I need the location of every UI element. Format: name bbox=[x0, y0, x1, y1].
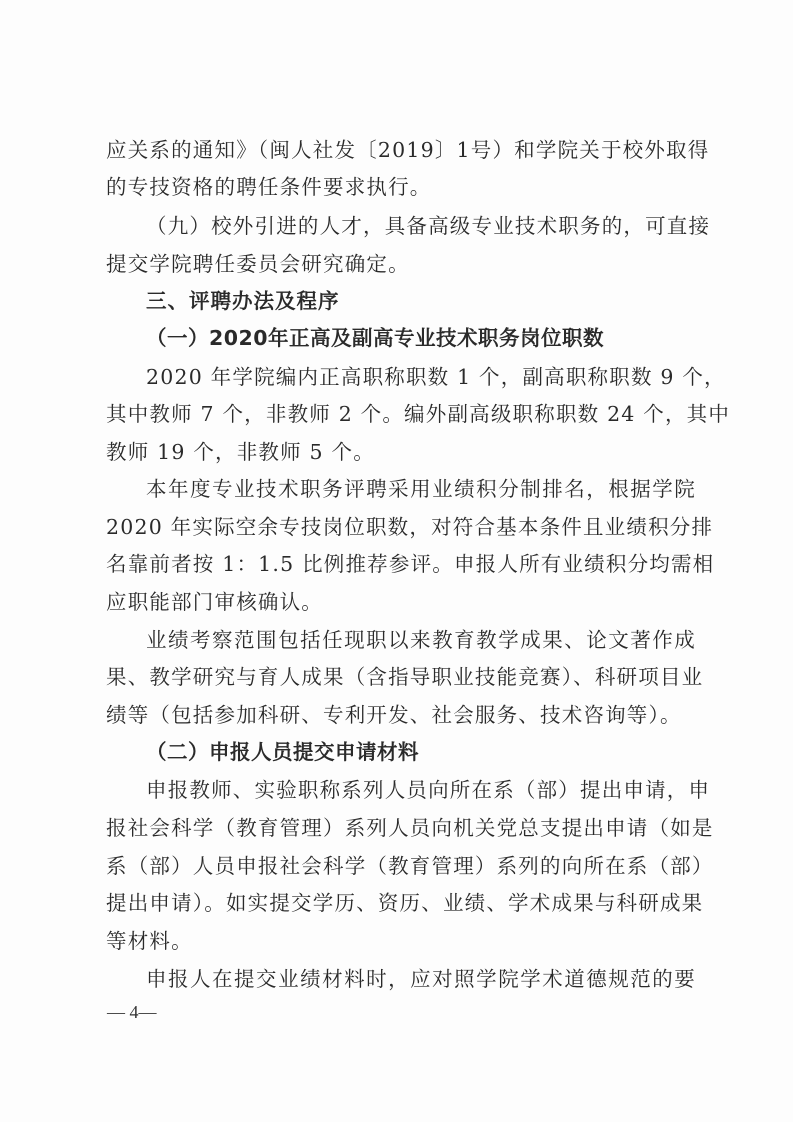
paragraph-line: 等材料。 bbox=[106, 926, 696, 956]
paragraph-line: 应关系的通知》（闽人社发〔2019〕1号）和学院关于校外取得 bbox=[106, 135, 696, 165]
paragraph-line: 其中教师 7 个，非教师 2 个。编外副高级职称职数 24 个，其中 bbox=[106, 399, 696, 429]
paragraph-line: 业绩考察范围包括任现职以来教育教学成果、论文著作成 bbox=[146, 625, 696, 655]
paragraph-line: 果、教学研究与育人成果（含指导职业技能竞赛）、科研项目业 bbox=[106, 662, 696, 692]
paragraph-line: （九）校外引进的人才，具备高级专业技术职务的，可直接 bbox=[146, 211, 696, 241]
paragraph-line: 提交学院聘任委员会研究确定。 bbox=[106, 249, 696, 279]
paragraph-line: 申报教师、实验职称系列人员向所在系（部）提出申请，申 bbox=[146, 775, 696, 805]
subsection-heading: （一）2020年正高及副高专业技术职务岗位职数 bbox=[146, 323, 736, 353]
paragraph-line: 2020 年实际空余专技岗位职数，对符合基本条件且业绩积分排 bbox=[106, 512, 696, 542]
paragraph-line: 提出申请）。如实提交学历、资历、业绩、学术成果与科研成果 bbox=[106, 888, 696, 918]
paragraph-line: 应职能部门审核确认。 bbox=[106, 587, 696, 617]
paragraph-line: 申报人在提交业绩材料时，应对照学院学术道德规范的要 bbox=[146, 964, 696, 994]
paragraph-line: 2020 年学院编内正高职称职数 1 个，副高职称职数 9 个， bbox=[146, 362, 696, 392]
document-page: 应关系的通知》（闽人社发〔2019〕1号）和学院关于校外取得 的专技资格的聘任条… bbox=[0, 0, 793, 1122]
section-heading: 三、评聘办法及程序 bbox=[146, 286, 736, 316]
paragraph-line: 报社会科学（教育管理）系列人员向机关党总支提出申请（如是 bbox=[106, 813, 696, 843]
page-number: — 4— bbox=[107, 1002, 157, 1023]
paragraph-line: 本年度专业技术职务评聘采用业绩积分制排名，根据学院 bbox=[146, 474, 696, 504]
subsection-heading: （二）申报人员提交申请材料 bbox=[146, 737, 736, 767]
paragraph-line: 绩等（包括参加科研、专利开发、社会服务、技术咨询等）。 bbox=[106, 700, 696, 730]
paragraph-line: 的专技资格的聘任条件要求执行。 bbox=[106, 172, 696, 202]
paragraph-line: 名靠前者按 1：1.5 比例推荐参评。申报人所有业绩积分均需相 bbox=[106, 549, 696, 579]
paragraph-line: 教师 19 个，非教师 5 个。 bbox=[106, 437, 696, 467]
paragraph-line: 系（部）人员申报社会科学（教育管理）系列的向所在系（部） bbox=[106, 851, 696, 881]
